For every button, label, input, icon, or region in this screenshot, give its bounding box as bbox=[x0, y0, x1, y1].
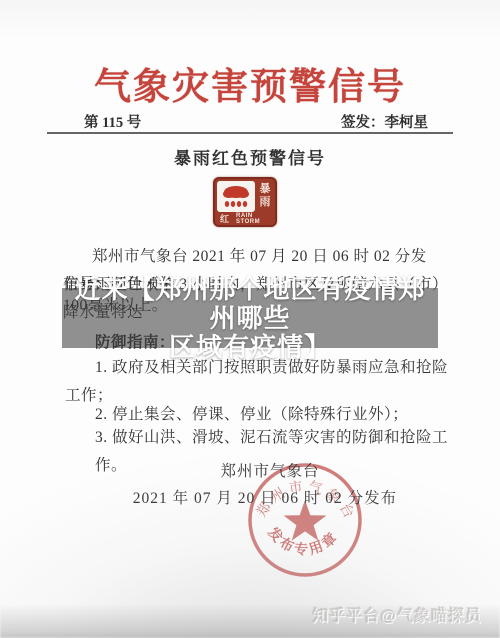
icon-label-yu: 雨 bbox=[256, 196, 274, 209]
icon-bottom-strip: 红 RAIN STORM bbox=[215, 212, 275, 225]
warning-document-photo: 气象灾害预警信号 第 115 号 签发：李柯星 暴雨红色预警信号 暴 bbox=[0, 0, 500, 638]
rainstorm-warning-icon: 暴 雨 红 RAIN STORM bbox=[213, 177, 277, 227]
signature-org: 郑州市气象台 bbox=[20, 459, 500, 481]
icon-level-label: 红 bbox=[220, 212, 229, 225]
issue-number: 第 115 号 bbox=[84, 111, 141, 132]
icon-en-label: RAIN STORM bbox=[236, 213, 275, 225]
icon-label-bao: 暴 bbox=[256, 183, 274, 196]
watermark: 知乎平台@气象喵探员 bbox=[312, 603, 482, 626]
page-title: 气象灾害预警信号 bbox=[0, 56, 500, 110]
document-meta-row: 第 115 号 签发：李柯星 bbox=[84, 111, 428, 132]
caption-line-2: 区域有疫情】 bbox=[169, 333, 331, 362]
icon-right-label: 暴 雨 bbox=[256, 181, 274, 212]
rain-cloud-icon bbox=[217, 181, 255, 212]
section-title: 暴雨红色预警信号 bbox=[0, 144, 500, 169]
caption-overlay: 近来【郑州那个地区有疫情郑州哪些 区域有疫情】 bbox=[62, 288, 438, 348]
header-divider bbox=[47, 132, 453, 134]
signer-label: 签发：李柯星 bbox=[341, 111, 428, 132]
signature-date: 2021 年 07 月 20 日 06 时 02 分发布 bbox=[15, 486, 500, 508]
caption-line-1: 近来【郑州那个地区有疫情郑州哪些 bbox=[62, 275, 438, 333]
